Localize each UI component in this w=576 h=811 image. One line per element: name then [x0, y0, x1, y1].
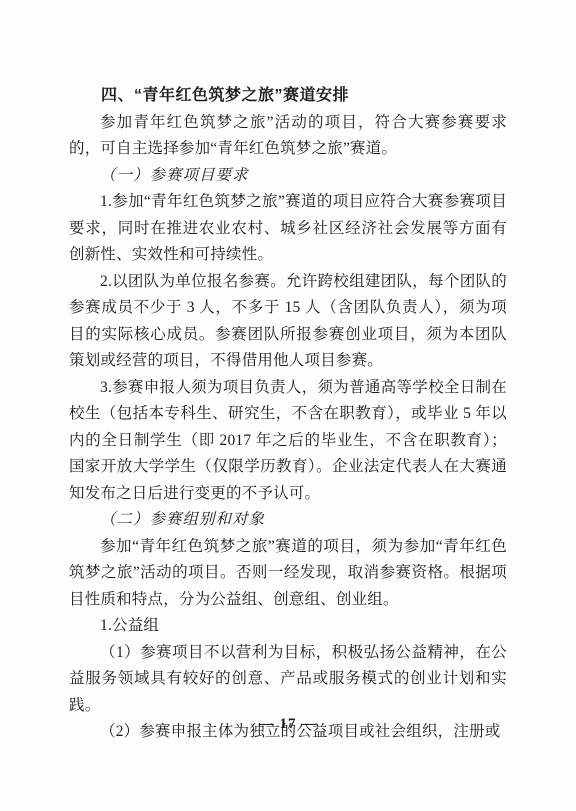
document-page: 四、“青年红色筑梦之旅”赛道安排 参加青年红色筑梦之旅”活动的项目，符合大赛参赛…	[0, 0, 576, 811]
section-title: 四、“青年红色筑梦之旅”赛道安排	[69, 83, 507, 110]
paragraph-intro: 参加青年红色筑梦之旅”活动的项目，符合大赛参赛要求的，可自主选择参加“青年红色筑…	[69, 110, 507, 163]
subheading-groups-and-targets: （二）参赛组别和对象	[69, 507, 507, 534]
subheading-project-requirements: （一）参赛项目要求	[69, 163, 507, 190]
document-content: 四、“青年红色筑梦之旅”赛道安排 参加青年红色筑梦之旅”活动的项目，符合大赛参赛…	[69, 83, 507, 746]
page-number: — 17 —	[0, 716, 576, 733]
paragraph-requirement-3: 3.参赛申报人须为项目负责人，须为普通高等学校全日制在校生（包括本专科生、研究生…	[69, 375, 507, 508]
paragraph-public-welfare-group-title: 1.公益组	[69, 613, 507, 640]
paragraph-requirement-1: 1.参加“青年红色筑梦之旅”赛道的项目应符合大赛参赛项目要求，同时在推进农业农村…	[69, 189, 507, 269]
paragraph-groups-intro: 参加“青年红色筑梦之旅”赛道的项目，须为参加“青年红色筑梦之旅”活动的项目。否则…	[69, 534, 507, 614]
paragraph-requirement-2: 2.以团队为单位报名参赛。允许跨校组建团队，每个团队的参赛成员不少于 3 人，不…	[69, 269, 507, 375]
paragraph-public-welfare-item-1: （1）参赛项目不以营利为目标，积极弘扬公益精神，在公益服务领域具有较好的创意、产…	[69, 640, 507, 720]
